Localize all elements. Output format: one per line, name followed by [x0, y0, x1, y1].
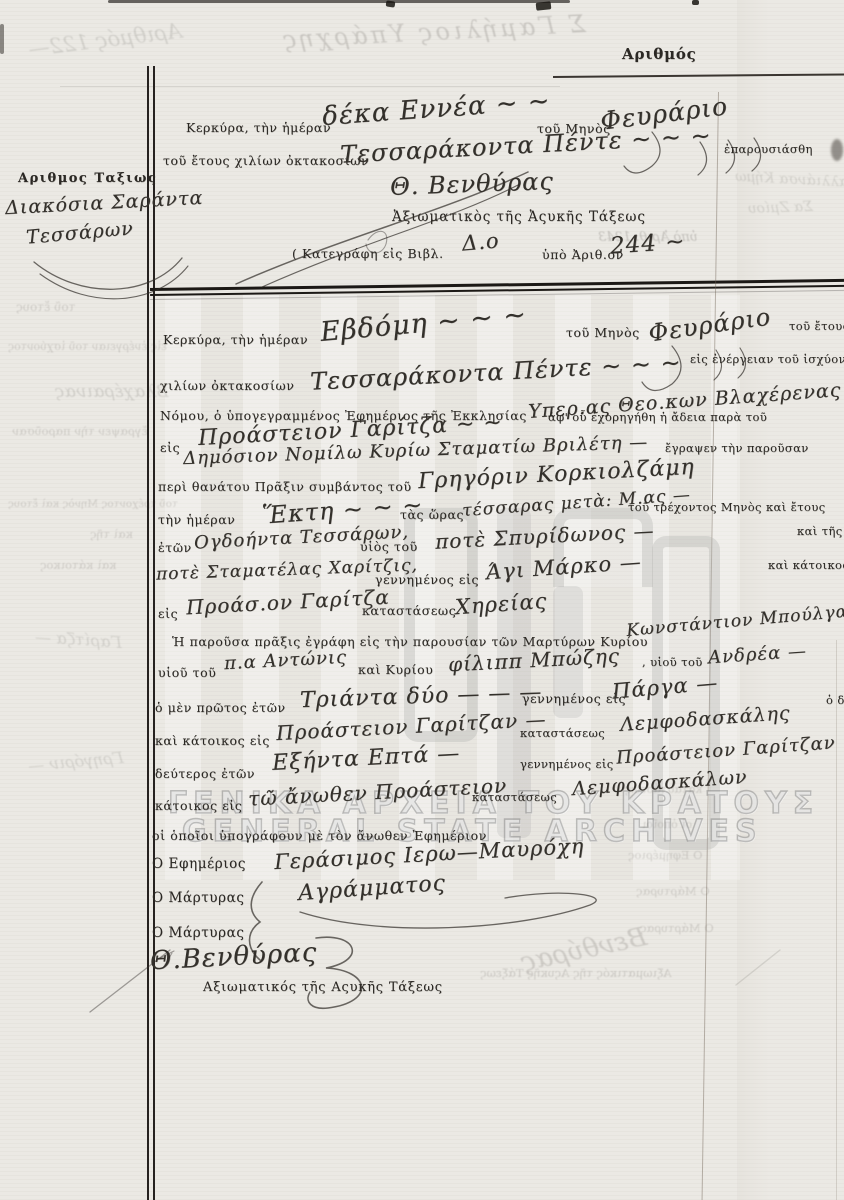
s1-day-value: δέκα Εννέα ~ ~: [321, 86, 551, 132]
ink-speck: [536, 1, 552, 11]
bleed-top-note: Σ Γαμήλιος Υπάρχης: [279, 10, 586, 54]
s2-year-value: Τεσσαράκοντα Πέντε ~ ~ ~: [310, 348, 683, 395]
sig-martyras1-signature: Αγράμματος: [297, 871, 446, 906]
s1-officer-title: Ἀξιωματικὸς τῆς Ἀςυκῆς Τάξεως: [392, 209, 646, 225]
s2-witness2-father-label: , υἱοῦ τοῦ: [642, 655, 703, 669]
margin-order-value-line1: Διακόσια Σαράντα: [5, 187, 204, 219]
sig-martyras2-label: Ο Μάρτυρας: [152, 925, 245, 941]
s2-year-label: χιλίων ὀκτακοσίων: [160, 378, 295, 393]
bleed-left-9: Γρηγόριν —: [27, 748, 124, 775]
bleed-left-7: καὶ κάτοικος: [40, 558, 116, 572]
s2-witness1-status-label: καταστάσεως: [520, 726, 605, 740]
sig-efimerios-label: Ο Εφημέριος: [152, 856, 246, 872]
s2-witness2-born-label: γεννημένος εἰς: [520, 757, 614, 771]
s1-year-label: τοῦ ἔτους χιλίων ὀκτακοσίων: [163, 153, 369, 168]
archival-document-scan: ΓΕΝΙΚΑ ΑΡΧΕΙΑ ΤΟΥ ΚΡΑΤΟΥΣ GENERAL STATE …: [0, 0, 844, 1200]
s2-day-value: Εβδόμη ~ ~ ~: [319, 299, 528, 348]
margin-order-value-line2: Τεσσάρων: [25, 217, 134, 248]
s1-city-date-label: Κερκύρα, τὴν ἡμέραν: [186, 120, 331, 135]
s2-witness1-father-label: υἱοῦ τοῦ: [158, 665, 216, 680]
s2-witness1-age-label: ὁ μὲν πρῶτος ἐτῶν: [155, 700, 286, 715]
s2-hours-label: τὰς ὥρας: [400, 507, 464, 522]
bleed-right-6: Ο Μάρτυρας: [640, 921, 714, 935]
faint-top-line: [60, 86, 560, 87]
s2-death-act-label: περὶ θανάτου Πρᾶξιν συμβάντος τοῦ: [158, 479, 412, 494]
bleed-left-4: ἔγραψεν τὴν παροῦσαν: [12, 424, 148, 438]
s2-witness2-residence-label: κάτοικος εἰς: [155, 798, 243, 813]
sig-officer-signature: Θ.Βενθύρας: [149, 938, 318, 977]
scan-edge-top: [108, 0, 570, 3]
bleed-left-8: Γαρίτζα —: [34, 627, 122, 652]
bleed-right-4: Ο Εφημέριος: [628, 848, 703, 862]
s2-year-intro-label: τοῦ ἔτους: [789, 319, 844, 333]
s2-status-value: Χηρείας: [454, 589, 548, 619]
right-edge-faint-rule: [836, 640, 837, 1200]
s2-witness2-status-label: καταστάσεως: [472, 790, 557, 804]
s2-and-resident-label: καὶ κάτοικος: [768, 558, 844, 572]
s1-book-value: Δ.ο: [461, 228, 500, 255]
s2-age-label: ἐτῶν: [158, 540, 192, 555]
s2-status-label: καταστάσεως: [362, 603, 456, 618]
s2-son-of-label: υἱὸς τοῦ: [360, 539, 418, 554]
s2-witness1-born-label: γεννημένος εἰς: [522, 691, 626, 706]
s2-death-day-label: τὴν ἡμέραν: [158, 512, 235, 527]
s2-second-intro-label: ὁ δὲ: [826, 693, 844, 707]
s2-witness1-residence-label: καὶ κάτοικος εἰς: [155, 733, 270, 748]
page-number-label: Αριθμός: [622, 45, 697, 63]
s2-residence-value: Προάσ.ον Γαρίτζα: [186, 585, 391, 620]
s2-witness2-intro-label: καὶ Κυρίου: [358, 662, 433, 677]
s2-current-month-label: τοῦ τρέχοντος Μηνὸς καὶ ἔτους: [628, 500, 826, 514]
s2-wrote-label: ἔγραψεν τὴν παροῦσαν: [665, 441, 809, 455]
s1-officer-signature: Θ. Βενθύρας: [390, 167, 555, 201]
s2-witness2-age-label: δεύτερος ἐτῶν: [155, 766, 255, 781]
ink-speck: [0, 24, 4, 54]
bleed-left-3: Βλαχέραινας: [55, 382, 169, 402]
ink-speck: [692, 0, 699, 5]
bleed-top-number: Αριθμός 122—: [27, 19, 183, 62]
bleed-left-6: καὶ τῆς: [90, 527, 133, 541]
s2-month-label: τοῦ Μηνὸς: [566, 325, 640, 340]
margin-rule-inner: [153, 66, 155, 1200]
bleed-left-1: τοῦ ἔτους: [16, 300, 75, 314]
s1-year-value: Τεσσαράκοντα Πέντε ~ ~ ~: [340, 121, 713, 168]
bleed-left-5: τοῦ τρέχοντος Μηνὸς καὶ ἔτους: [8, 498, 178, 510]
s2-place-intro-label: εἰς: [160, 440, 180, 455]
bleed-right-2: Σα Ζμίου: [748, 199, 814, 217]
s1-registered-label: ( Κατεγράφη εἰς Βιβλ.: [292, 246, 444, 261]
s2-law-intro-label: εἰς ἐνέργειαν τοῦ ἰσχύοντος: [690, 352, 844, 366]
margin-order-label: Αριθμος Ταξιως: [18, 171, 157, 186]
sig-martyras1-label: Ο Μάρτυρας: [152, 890, 245, 906]
ink-speck: [386, 0, 396, 7]
s1-presented-label: ἐπαρουσιάσθη: [724, 142, 813, 156]
s2-born-at-label: γεννημένος εἰς: [375, 572, 479, 587]
bleed-left-2: εἰς ἐνέργειαν τοῦ ἰσχύοντος: [8, 340, 167, 353]
s2-residence-intro-label: εἰς: [158, 606, 178, 621]
s2-and-of-label: καὶ τῆς: [797, 524, 843, 538]
s1-register-number-value: 244 ~: [609, 228, 686, 259]
s2-witness2-age-value: Εξήντα Επτά —: [271, 741, 460, 776]
s2-witness1-father-value: π.α Αντώνις: [224, 647, 348, 674]
s2-city-date-label: Κερκύρα, τὴν ἡμέραν: [163, 332, 308, 347]
bleed-right-7: οἱ ὁποῖοι: [642, 818, 692, 831]
margin-rule-outer: [147, 66, 149, 1200]
bleed-right-9: Αξιωματικός τῆς Αςυκῆς Τάξεως: [480, 966, 672, 980]
bleed-right-5: Ο Μάρτυρας: [636, 884, 710, 898]
s2-permission-label: ἀφ' οὗ ἐχορηγήθη ἡ ἄδεια παρὰ τοῦ: [548, 410, 767, 424]
sig-officer-title: Αξιωματικός τῆς Αςυκῆς Τάξεως: [203, 980, 443, 995]
